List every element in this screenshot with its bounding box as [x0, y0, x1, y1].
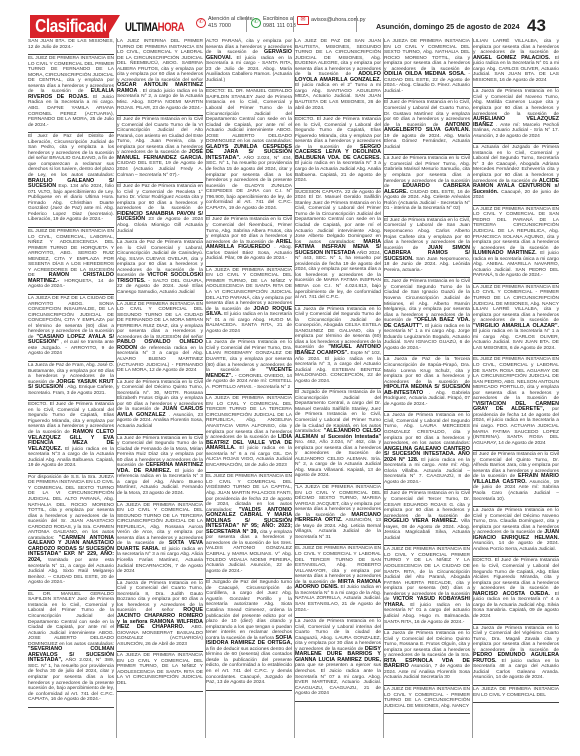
notice-text: a fin de deducir sus acciones dentro del… [206, 647, 292, 685]
whatsapp-contact: ✆ Escribinos al0981 111 013 [251, 16, 296, 29]
legal-notice: EL JUEZ DE PRIMERA INSTANCIA EN LO CIVIL… [295, 545, 381, 618]
legal-notice: LA JUEZA DE PRIMERA INSTANCIA EN LO CIVI… [384, 38, 470, 99]
legal-notice: La Juez de Primera Instancia en lo Civil… [117, 379, 203, 435]
deceased-name: ROGELIO VIERA RAMIREZ. [384, 518, 458, 524]
legal-notice: LA JUEZ INTERINA DEL PRIMER TURNO DE PRI… [117, 38, 203, 116]
legal-notice: Por disposición de S.S. la Sra. JUEZA DE… [28, 474, 114, 591]
legal-notice: LA JUEZA DE PRIMERA INSTANCIA EN LO CIVI… [117, 652, 203, 691]
legal-notice: La Jueza de Primera Instancia en lo Civi… [384, 630, 470, 686]
legal-notice: El Juez de Primera Instancia en lo Civil… [384, 99, 470, 155]
notice-text: 19 de agosto de 2024. Abg. María Elena G… [384, 134, 470, 150]
legal-notice: La Jueza de Primera Instancia en lo Civi… [473, 88, 559, 144]
notice-text: LA JUEZ DE PRIMERA INSTANCIA EN LO CIVIL… [384, 547, 470, 602]
notice-text: EDICTO. El Juez de Primera Instancia en … [473, 558, 559, 591]
notice-text: El Juez de Paz de Primera Instancia en l… [117, 184, 203, 211]
legal-notice: LA JUEZ DE PRIMERA INSTANCIA EN LO CIVIL… [384, 686, 470, 714]
legal-notice: La Jueza de Paz de Fram, Abg. José O. Bu… [28, 362, 114, 401]
legal-notice: LA JUEZA DE PRIMERA INSTANCIA EN LO CIVI… [117, 502, 203, 580]
legal-notice: LA JUEZ DE PRIMERA INSTANCIA EN LO CIVIL… [473, 206, 559, 284]
deceased-name: "VIRGILIO AMARILLA OLAZAR". [473, 323, 559, 329]
notice-text: Expte N° 102, Año 2024. El juicio radica… [295, 351, 381, 384]
legal-notice: La Juez de Primera Instancia en lo Civil… [384, 155, 470, 216]
legal-notice: La Jueza de Primera Instancia en lo Civi… [473, 625, 559, 686]
notice-text: EL JUEZ DE PRIMERA INSTANCIA EN LO CIVIL… [473, 357, 559, 401]
legal-notice: El Juez de Primera Instancia en lo Civil… [384, 490, 470, 546]
legal-notice: La Jueza de Primera Instancia en lo Civi… [206, 339, 292, 395]
whatsapp-icon: ✆ [251, 18, 261, 28]
notice-text: por providencia de fecha 14 de agosto de… [473, 407, 559, 445]
legal-notice: EL JUEZ DE PRIMERA INSTANCIA EN LO CIVIL… [473, 356, 559, 451]
legal-notice: LA JUEZ DE PRIMERA INSTANCIA EN LO CIVIL… [384, 546, 470, 630]
notice-text: SUCESION CAPIATA. 22 de Agosto de 2024 E… [295, 190, 381, 245]
email-link[interactable]: avisos@uhora.com.py [311, 17, 366, 24]
divider [293, 16, 294, 32]
legal-notice: LA JUEZA DE PRIMERA INSTANCIA EN LO CIVI… [206, 395, 292, 473]
column-2: LA JUEZ INTERINA DEL PRIMER TURNO DE PRI… [117, 38, 203, 692]
notice-text: EL JUEZ DE PRIMERA INSTANCIA EN LO CIVIL… [28, 229, 114, 278]
notice-text: La Jueza de Primera Instancia en lo Civi… [384, 413, 470, 446]
notice-text: para que se presenten a ejercer sus dere… [295, 663, 381, 696]
legal-notice: LA JUEZ DE PAZ DE SAN JUAN BAUTISTA, MIS… [295, 38, 381, 116]
notice-text: Por disposición de S.S. la Sra. JUEZA DE… [28, 475, 114, 541]
notice-text: El Juzgado de Paz del Segundo turno de C… [206, 580, 292, 640]
notice-text: Asunción, 14 de agosto de 2024. Andrea P… [473, 541, 559, 552]
notice-text: CIUDAD DEL ESTE, 19 de Agosto de 2024 (A… [117, 161, 203, 177]
section-title: Clasificados [30, 15, 109, 38]
legal-notice: La Jueza de Primera Instancia en lo Civi… [117, 580, 203, 653]
notice-text: LA JUEZ DE PRIMERA INSTANCIA EN LO CIVIL… [473, 207, 559, 251]
legal-notice: La Actuaria del Juzgado de Primera Insta… [473, 144, 559, 205]
legal-notice: EDICTO. El Juez de Primera Instancia en … [28, 401, 114, 474]
legal-notice: SAN JUAN BTA. DE LAS MISIONES, 12 de Jul… [28, 38, 114, 55]
legal-notice: El Juez de Paz del Distrito de Liberació… [28, 133, 114, 228]
notice-text: El juicio radica en la secretaría N° 3 a… [295, 161, 381, 183]
notice-text: LA JUEZA DE PRIMERA INSTANCIA EN LO CIVI… [473, 687, 559, 698]
notice-text: El Juicio Radica en la Secretaría a mi c… [28, 95, 114, 128]
legal-notice: LA JUEZA DE PRIMERA INSTANCIA EN LO CIVI… [206, 267, 292, 340]
classifieds-columns: SAN JUAN BTA. DE LAS MISIONES, 12 de Jul… [28, 38, 580, 756]
notice-text: El juicio radica en el 2° Turno a mi car… [295, 83, 381, 110]
notice-text: AÑO 2.024, N° 434, SEC. N° 1, ha resuelt… [206, 156, 292, 211]
legal-notice: El Juez de Primera Instancia en lo Civil… [117, 116, 203, 183]
legal-notice: El Juez de Primera Instancia en lo Civil… [473, 451, 559, 507]
page-number: 43 [527, 16, 546, 36]
mail-icon: ✉ [297, 16, 309, 25]
legal-notice: EL JUEZ DE PRIMERA INSTANCIA EN LO CIVIL… [28, 55, 114, 133]
legal-notice: El Juez de Primera Instancia en lo Civil… [206, 216, 292, 266]
notice-text: LA JUEZ INTERINA DEL PRIMER TURNO DE PRI… [117, 39, 203, 83]
legal-notice: EL Juez de Primera Instancia en lo Civil… [384, 278, 470, 356]
section-title-slant [106, 15, 120, 38]
column-5: LA JUEZA DE PRIMERA INSTANCIA EN LO CIVI… [384, 38, 470, 714]
legal-notice: La Jueza de Primera Instancia en lo Civi… [295, 618, 381, 702]
notice-text: LA JUEZA DE PRIMERA INSTANCIA EN LO CIVI… [384, 39, 470, 72]
notice-text: El Juez de Primera Instancia en lo Civil… [384, 491, 470, 518]
legal-notice: El Juez de Paz de Primera Instancia en l… [117, 183, 203, 239]
legal-notice: El Juzgado de Primera Instancia de la Ci… [295, 389, 381, 484]
notice-text: La Jueza de Primera Instancia en lo Civi… [384, 631, 470, 658]
notice-text: El Juez de Paz del Distrito de Liberació… [28, 134, 114, 178]
legal-notice: El Juez de Primera Instancia en lo Civil… [384, 217, 470, 278]
notice-text: El juicio radica en la Secretaría N° 1 a… [473, 329, 559, 351]
legal-notice: LA JUEZ DE PRIMERA INSTANCIA EN LO CIVIL… [117, 301, 203, 379]
newspaper-logo: ULTIMAHORA [125, 20, 184, 34]
notice-text: La Jueza de Primera Instancia en lo Civi… [473, 89, 559, 116]
notice-text: Nro. 462, Año 2.024, N° 462, cita y empl… [295, 440, 381, 478]
legal-notice: EL JUEZ DE PRIMERA INSTANCIA EN LO CIVIL… [28, 228, 114, 295]
legal-notice: ALTO PARANÁ, cita y emplaza por sesenta … [206, 38, 292, 88]
divider [356, 16, 357, 32]
notice-text: AÑO 2.024, N° 389, SEC. N° 1, ha resuelt… [28, 658, 114, 702]
notice-text: El juicio radica en la secretaría N° 3 a… [117, 547, 203, 574]
legal-notice: EL DR. MANUEL GERALDO SAIFILDIN STANLEY … [28, 591, 114, 708]
dateline: Asunción, domingo 25 de agosto de 2024 [376, 22, 520, 31]
legal-notice: EDICTO. El Juez de Primera Instancia en … [295, 116, 381, 189]
notice-text: LA JUEZ DE PRIMERA INSTANCIA EN LO CIVIL… [117, 302, 203, 340]
deceased-name: ILUMINADO MARTINEZ. [473, 250, 537, 256]
legal-notice: La Juez de Primera Instancia en lo Civil… [117, 435, 203, 502]
column-3: ALTO PARANÁ, cita y emplaza por sesenta … [206, 38, 292, 691]
notice-text: EL DR. MANUEL GERALDO SAIFILDIN STANLEY … [28, 592, 114, 647]
legal-notice: SUCESION CAPIATA. 22 de Agosto de 2024 E… [295, 189, 381, 306]
notice-text: Exp. 134 año 2024, folio 071 VLTO, bajo … [28, 184, 114, 222]
legal-notice: La Jueza de Primera Instancia en lo Civi… [473, 507, 559, 557]
notice-text: La Jueza de Paz de la Tercera Circunscri… [384, 357, 470, 384]
notice-text: EDICTO: EL DR. MANUEL GERALDO SAIFILDIN … [206, 89, 292, 144]
notice-text: LA JUEZ DE PRIMERA INSTANCIA EN LO CIVIL… [384, 687, 470, 709]
legal-notice: LA JUEZA DE PAZ DE LA CIUDAD DE ARROYITO… [28, 295, 114, 362]
notice-text: LILIAN LARRÉ VILLALBA, cita y emplaza po… [473, 39, 559, 55]
legal-notice: El Juzgado de Paz del Segundo turno de C… [206, 579, 292, 690]
notice-text: cita y emplaza por sesenta días a herede… [206, 530, 292, 574]
deceased-name: ODILIA OILDA MEDINA SOSA. [384, 71, 466, 77]
divider [246, 16, 247, 32]
legal-notice: "LA JUEZA DE PRIMERA INSTANCIA EN LO CIV… [295, 484, 381, 545]
notice-text: SAN JUAN BTA. DE LAS MISIONES, 12 de Jul… [28, 39, 114, 50]
legal-notice: La Jueza de Primera Instancia en lo Civi… [384, 412, 470, 490]
legal-notice: EDICTO: EL DR. MANUEL GERALDO SAIFILDIN … [206, 88, 292, 216]
column-6: LILIAN LARRÉ VILLALBA, cita y emplaza po… [473, 38, 559, 703]
notice-text: LA JUEZ DE PRIMERA INSTANCIA EN LO CIVIL… [473, 285, 559, 323]
column-1: SAN JUAN BTA. DE LAS MISIONES, 12 de Jul… [28, 38, 114, 708]
legal-notice: EDICTO. El Juez de Primera Instancia en … [473, 557, 559, 624]
legal-notice: LA JUEZA DE PRIMERA INSTANCIA EN LO CIVI… [473, 686, 559, 703]
page-header: Clasificados ULTIMAHORA ✆ Atención al cl… [0, 0, 580, 38]
deceased-name: ANGEL GOMEZ PALACIOS. [473, 55, 550, 61]
notice-text: La Jueza de Primera Instancia en lo Civi… [473, 626, 559, 653]
column-4: LA JUEZ DE PAZ DE SAN JUAN BAUTISTA, MIS… [295, 38, 381, 702]
legal-notice: La Jueza de Primera Instancia en lo Civi… [295, 306, 381, 390]
legal-notice: LILIAN LARRÉ VILLALBA, cita y emplaza po… [473, 38, 559, 88]
phone-icon: ✆ [196, 18, 206, 28]
legal-notice: LA JUEZ DE PRIMERA INSTANCIA EN LO CIVIL… [473, 284, 559, 357]
deceased-name: "VISITACION DEL CARMEN GRAY DE ALDERETE"… [473, 401, 559, 413]
legal-notice: EL JUEZ DE PRIMERA INSTANCIA EN LO CIVIL… [206, 473, 292, 579]
deceased-name: NARCISO ACOSTA OJEDA. [473, 591, 550, 597]
notice-text: LA JUEZA DE PRIMERA INSTANCIA EN LO CIVI… [117, 653, 203, 686]
notice-text: AÑO 2024, N° 443, SEC. N° 1, ha resuelto… [295, 251, 381, 300]
legal-notice: La Jueza de Paz de la Tercera Circunscri… [384, 356, 470, 412]
legal-notice: La Jueza de Paz de Primera Instancia en … [117, 239, 203, 300]
